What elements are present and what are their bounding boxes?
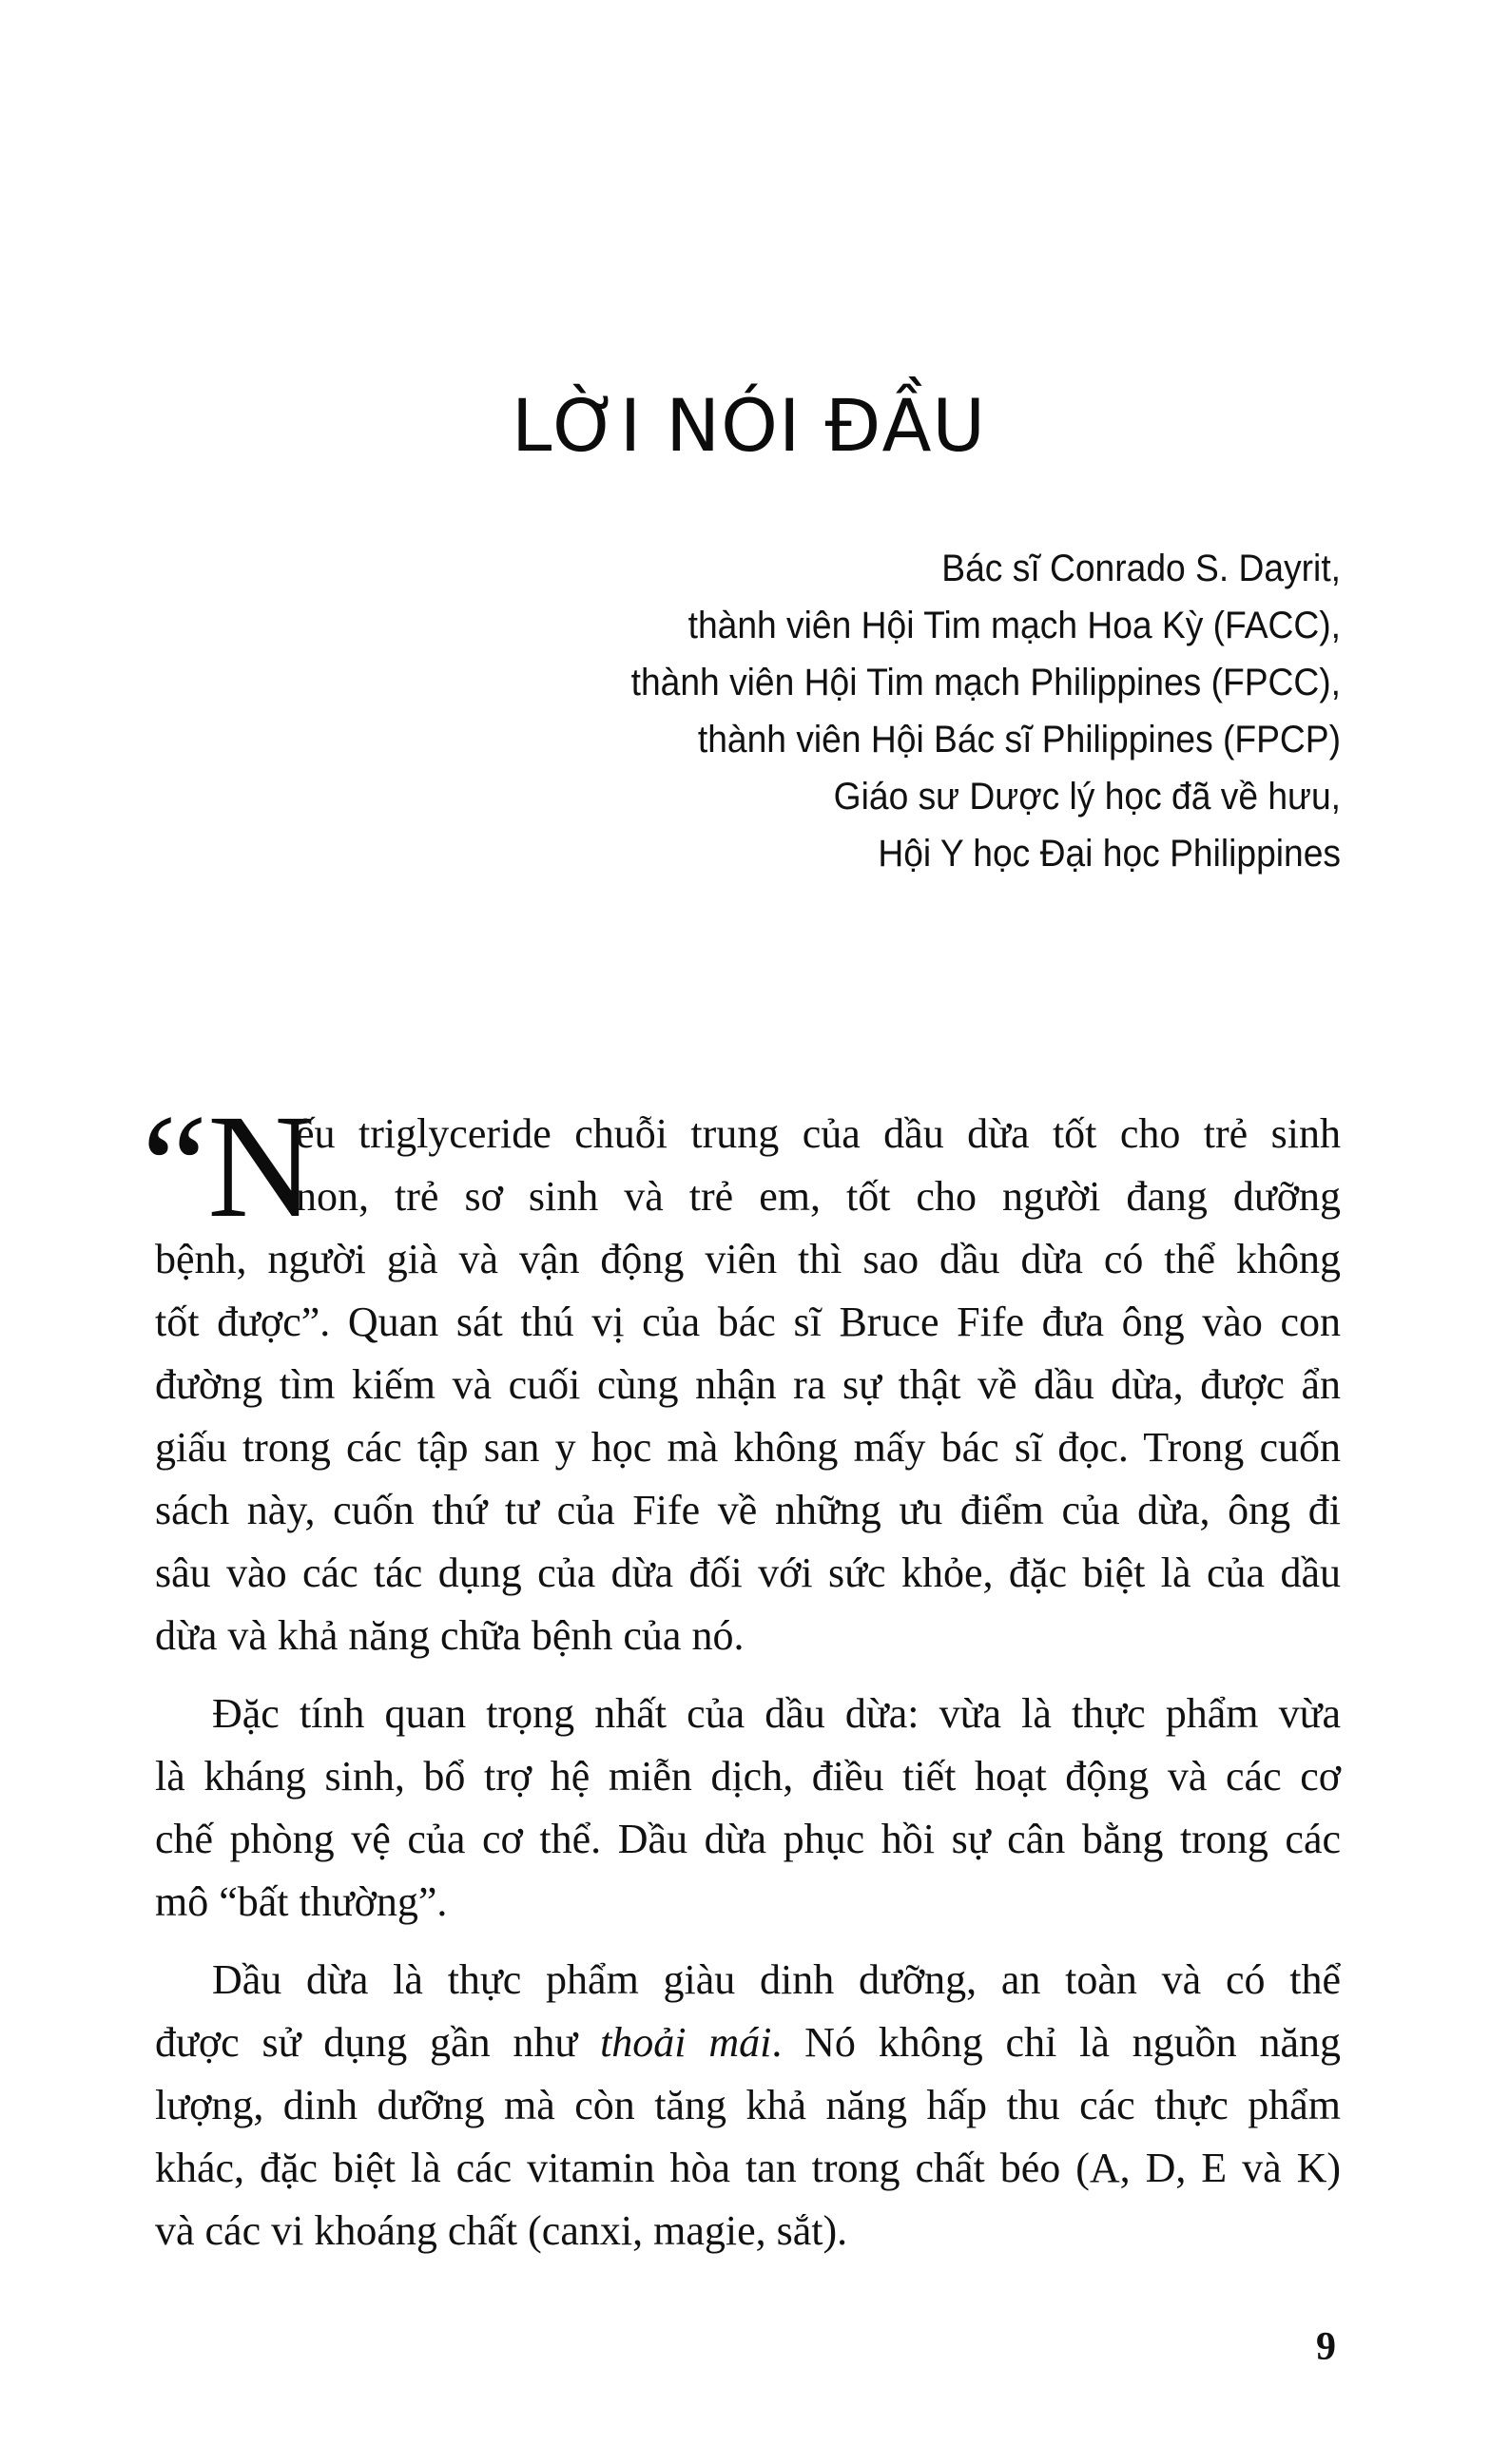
emphasis-text: thoải mái <box>600 2019 771 2066</box>
attribution-line-professor: Giáo sư Dược lý học đã về hưu, <box>456 768 1341 825</box>
text-line: Dầu dừa là thực phẩm giàu dinh dưỡng, an… <box>155 1949 1341 2012</box>
attribution-line-university: Hội Y học Đại học Philippines <box>456 825 1341 882</box>
attribution-line-fpcp: thành viên Hội Bác sĩ Philippines (FPCP) <box>456 711 1341 768</box>
drop-cap: “N <box>142 1105 315 1228</box>
body-text: “N ếu triglyceride chuỗi trung của dầu d… <box>155 1103 1341 2278</box>
text-line-with-emphasis: được sử dụng gần như thoải mái. Nó không… <box>155 2012 1341 2074</box>
text-line: chế phòng vệ của cơ thể. Dầu dừa phục hồ… <box>155 1808 1341 1871</box>
text-line: non, trẻ sơ sinh và trẻ em, tốt cho ngườ… <box>296 1165 1341 1228</box>
text-line: lượng, dinh dưỡng mà còn tăng khả năng h… <box>155 2074 1341 2137</box>
attribution-line-facc: thành viên Hội Tim mạch Hoa Kỳ (FACC), <box>456 597 1341 654</box>
book-page: LỜI NÓI ĐẦU Bác sĩ Conrado S. Dayrit, th… <box>0 0 1510 2464</box>
page-number: 9 <box>1316 2327 1336 2367</box>
paragraph-1: “N ếu triglyceride chuỗi trung của dầu d… <box>155 1103 1341 1667</box>
attribution-line-fpcc: thành viên Hội Tim mạch Philippines (FPC… <box>456 654 1341 711</box>
text-line: bệnh, người già và vận động viên thì sao… <box>155 1228 1341 1291</box>
chapter-title: LỜI NÓI ĐẦU <box>512 390 986 462</box>
text-line: và các vi khoáng chất (canxi, magie, sắt… <box>155 2200 1341 2262</box>
text-segment: được sử dụng gần như <box>155 2019 600 2066</box>
text-line: ếu triglyceride chuỗi trung của dầu dừa … <box>296 1103 1341 1165</box>
author-attribution: Bác sĩ Conrado S. Dayrit, thành viên Hội… <box>390 540 1341 882</box>
text-line: khác, đặc biệt là các vitamin hòa tan tr… <box>155 2137 1341 2200</box>
attribution-line-name: Bác sĩ Conrado S. Dayrit, <box>456 540 1341 597</box>
paragraph-2: Đặc tính quan trọng nhất của dầu dừa: vừ… <box>155 1683 1341 1934</box>
text-line: tốt được”. Quan sát thú vị của bác sĩ Br… <box>155 1291 1341 1354</box>
text-line: giấu trong các tập san y học mà không mấ… <box>155 1416 1341 1479</box>
text-line: là kháng sinh, bổ trợ hệ miễn dịch, điều… <box>155 1745 1341 1808</box>
text-line: Đặc tính quan trọng nhất của dầu dừa: vừ… <box>155 1683 1341 1745</box>
paragraph-3: Dầu dừa là thực phẩm giàu dinh dưỡng, an… <box>155 1949 1341 2262</box>
text-segment: . Nó không chỉ là nguồn năng <box>771 2019 1341 2066</box>
text-line: đường tìm kiếm và cuối cùng nhận ra sự t… <box>155 1354 1341 1416</box>
drop-cap-row: “N ếu triglyceride chuỗi trung của dầu d… <box>155 1103 1341 1228</box>
text-line: dừa và khả năng chữa bệnh của nó. <box>155 1605 1341 1667</box>
text-line: mô “bất thường”. <box>155 1871 1341 1934</box>
drop-cap-lines: ếu triglyceride chuỗi trung của dầu dừa … <box>296 1103 1341 1228</box>
text-line: sâu vào các tác dụng của dừa đối với sức… <box>155 1542 1341 1605</box>
text-line: sách này, cuốn thứ tư của Fife về những … <box>155 1479 1341 1542</box>
